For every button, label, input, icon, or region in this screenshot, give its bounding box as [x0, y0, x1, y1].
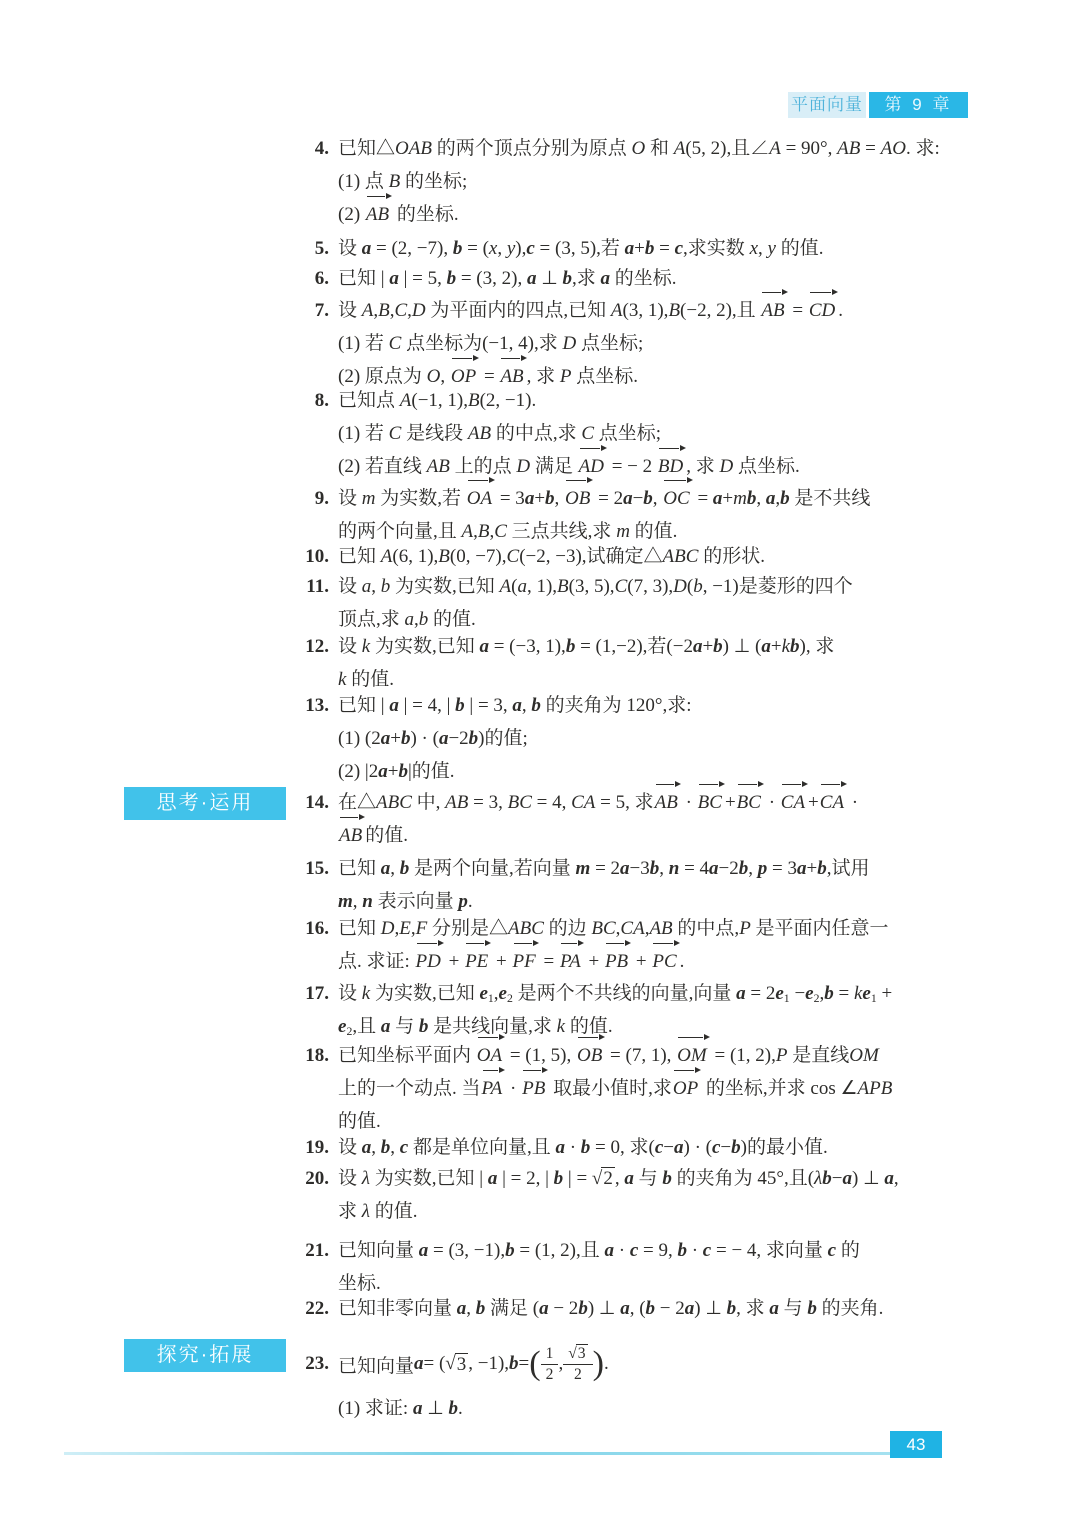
problem-line: 设 A,B,C,D 为平面内的四点,已知 A(3, 1),B(−2, 2),且 …: [338, 294, 982, 327]
problem-line: 已知 | a | = 4, | b | = 3, a, b 的夹角为 120°,…: [338, 689, 982, 722]
problem-line: 已知 A(6, 1),B(0, −7),C(−2, −3),试确定△ABC 的形…: [338, 540, 982, 573]
problem-line: 点. 求证: PD + PE + PF = PA + PB + PC.: [338, 945, 982, 978]
problem-line: (1) (2a+b) · (a−2b)的值;: [338, 722, 982, 755]
problem-line: 设 m 为实数,若 OA = 3a+b, OB = 2a−b, OC = a+m…: [338, 482, 982, 515]
problem-16: 16.已知 D,E,F 分别是△ABC 的边 BC,CA,AB 的中点,P 是平…: [298, 912, 982, 978]
chapter-badge: 第 9 章: [869, 92, 968, 118]
problem-line: (2) 若直线 AB 上的点 D 满足 AD = − 2 BD, 求 D 点坐标…: [338, 450, 982, 483]
problem-number: 7.: [298, 294, 329, 327]
problem-21: 21.已知向量 a = (3, −1),b = (1, 2),且 a · c =…: [298, 1234, 982, 1300]
problem-12: 12.设 k 为实数,已知 a = (−3, 1),b = (1,−2),若(−…: [298, 630, 982, 696]
problem-17: 17.设 k 为实数,已知 e1,e2 是两个不共线的向量,向量 a = 2e1…: [298, 977, 982, 1043]
problem-4: 4.已知△OAB 的两个顶点分别为原点 O 和 A(5, 2),且∠A = 90…: [298, 132, 982, 231]
problem-number: 10.: [298, 540, 329, 573]
problem-19: 19.设 a, b, c 都是单位向量,且 a · b = 0, 求(c−a) …: [298, 1131, 982, 1164]
problem-line: (1) 求证: a ⊥ b.: [338, 1392, 982, 1425]
problem-line: 已知非零向量 a, b 满足 (a − 2b) ⊥ a, (b − 2a) ⊥ …: [338, 1292, 982, 1325]
problem-5: 5.设 a = (2, −7), b = (x, y),c = (3, 5),若…: [298, 232, 982, 265]
problem-number: 16.: [298, 912, 329, 945]
problem-20: 20.设 λ 为实数,已知 | a | = 2, | b | = √2, a 与…: [298, 1162, 982, 1228]
problem-8: 8.已知点 A(−1, 1),B(2, −1).(1) 若 C 是线段 AB 的…: [298, 384, 982, 483]
problem-7: 7.设 A,B,C,D 为平面内的四点,已知 A(3, 1),B(−2, 2),…: [298, 294, 982, 393]
problem-line: 已知 | a | = 5, b = (3, 2), a ⊥ b,求 a 的坐标.: [338, 262, 982, 295]
problem-line: AB的值.: [338, 819, 982, 852]
problem-number: 20.: [298, 1162, 329, 1195]
problem-line: 已知△OAB 的两个顶点分别为原点 O 和 A(5, 2),且∠A = 90°,…: [338, 132, 982, 165]
problem-line: 设 a, b, c 都是单位向量,且 a · b = 0, 求(c−a) · (…: [338, 1131, 982, 1164]
problem-line: 求 λ 的值.: [338, 1195, 982, 1228]
problem-line: 已知 a, b 是两个向量,若向量 m = 2a−3b, n = 4a−2b, …: [338, 852, 982, 885]
problem-line: 已知 D,E,F 分别是△ABC 的边 BC,CA,AB 的中点,P 是平面内任…: [338, 912, 982, 945]
problem-number: 18.: [298, 1039, 329, 1072]
problem-9: 9.设 m 为实数,若 OA = 3a+b, OB = 2a−b, OC = a…: [298, 482, 982, 548]
problem-line: 在△ABC 中, AB = 3, BC = 4, CA = 5, 求AB · B…: [338, 786, 982, 819]
problem-line: 已知点 A(−1, 1),B(2, −1).: [338, 384, 982, 417]
problem-number: 22.: [298, 1292, 329, 1325]
problem-line: 设 k 为实数,已知 a = (−3, 1),b = (1,−2),若(−2a+…: [338, 630, 982, 663]
problem-line: (2) AB 的坐标.: [338, 198, 982, 231]
problem-line: 已知坐标平面内 OA = (1, 5), OB = (7, 1), OM = (…: [338, 1039, 982, 1072]
problem-14: 14.在△ABC 中, AB = 3, BC = 4, CA = 5, 求AB …: [298, 786, 982, 852]
problem-number: 11.: [298, 570, 329, 603]
problem-number: 21.: [298, 1234, 329, 1267]
problem-number: 12.: [298, 630, 329, 663]
problem-number: 17.: [298, 977, 329, 1010]
problem-11: 11.设 a, b 为实数,已知 A(a, 1),B(3, 5),C(7, 3)…: [298, 570, 982, 636]
problem-line: 设 a = (2, −7), b = (x, y),c = (3, 5),若 a…: [338, 232, 982, 265]
problem-number: 6.: [298, 262, 329, 295]
problem-number: 4.: [298, 132, 329, 165]
problem-23: 23.已知向量 a = (√3, −1),b = (12, √32).(1) 求…: [298, 1336, 982, 1425]
problem-number: 5.: [298, 232, 329, 265]
problem-number: 15.: [298, 852, 329, 885]
problem-10: 10.已知 A(6, 1),B(0, −7),C(−2, −3),试确定△ABC…: [298, 540, 982, 573]
problem-line: 已知向量 a = (3, −1),b = (1, 2),且 a · c = 9,…: [338, 1234, 982, 1267]
footer-rule: [64, 1452, 892, 1455]
problem-line: (1) 点 B 的坐标;: [338, 165, 982, 198]
problem-number: 9.: [298, 482, 329, 515]
problem-number: 19.: [298, 1131, 329, 1164]
problem-18: 18.已知坐标平面内 OA = (1, 5), OB = (7, 1), OM …: [298, 1039, 982, 1138]
problem-number: 23.: [298, 1336, 329, 1392]
textbook-page: 平面向量 第 9 章 思考·运用 探究·拓展 4.已知△OAB 的两个顶点分别为…: [0, 0, 1080, 1526]
problem-line: 设 k 为实数,已知 e1,e2 是两个不共线的向量,向量 a = 2e1 −e…: [338, 977, 982, 1010]
problem-line: 上的一个动点. 当PA · PB 取最小值时,求OP 的坐标,并求 cos ∠A…: [338, 1072, 982, 1105]
problem-number: 14.: [298, 786, 329, 819]
problem-line: 已知向量 a = (√3, −1),b = (12, √32).: [338, 1336, 982, 1392]
section-badge: 平面向量: [788, 92, 866, 118]
sidebar-label-explore-expand: 探究·拓展: [124, 1339, 286, 1372]
problem-6: 6.已知 | a | = 5, b = (3, 2), a ⊥ b,求 a 的坐…: [298, 262, 982, 295]
page-number-badge: 43: [890, 1431, 942, 1458]
problem-13: 13.已知 | a | = 4, | b | = 3, a, b 的夹角为 12…: [298, 689, 982, 788]
problem-line: (1) 若 C 是线段 AB 的中点,求 C 点坐标;: [338, 417, 982, 450]
problem-number: 13.: [298, 689, 329, 722]
problem-line: 设 a, b 为实数,已知 A(a, 1),B(3, 5),C(7, 3),D(…: [338, 570, 982, 603]
problem-line: 设 λ 为实数,已知 | a | = 2, | b | = √2, a 与 b …: [338, 1162, 982, 1195]
problem-22: 22.已知非零向量 a, b 满足 (a − 2b) ⊥ a, (b − 2a)…: [298, 1292, 982, 1325]
sidebar-label-think-apply: 思考·运用: [124, 787, 286, 820]
problem-15: 15.已知 a, b 是两个向量,若向量 m = 2a−3b, n = 4a−2…: [298, 852, 982, 918]
problem-number: 8.: [298, 384, 329, 417]
problem-line: (1) 若 C 点坐标为(−1, 4),求 D 点坐标;: [338, 327, 982, 360]
